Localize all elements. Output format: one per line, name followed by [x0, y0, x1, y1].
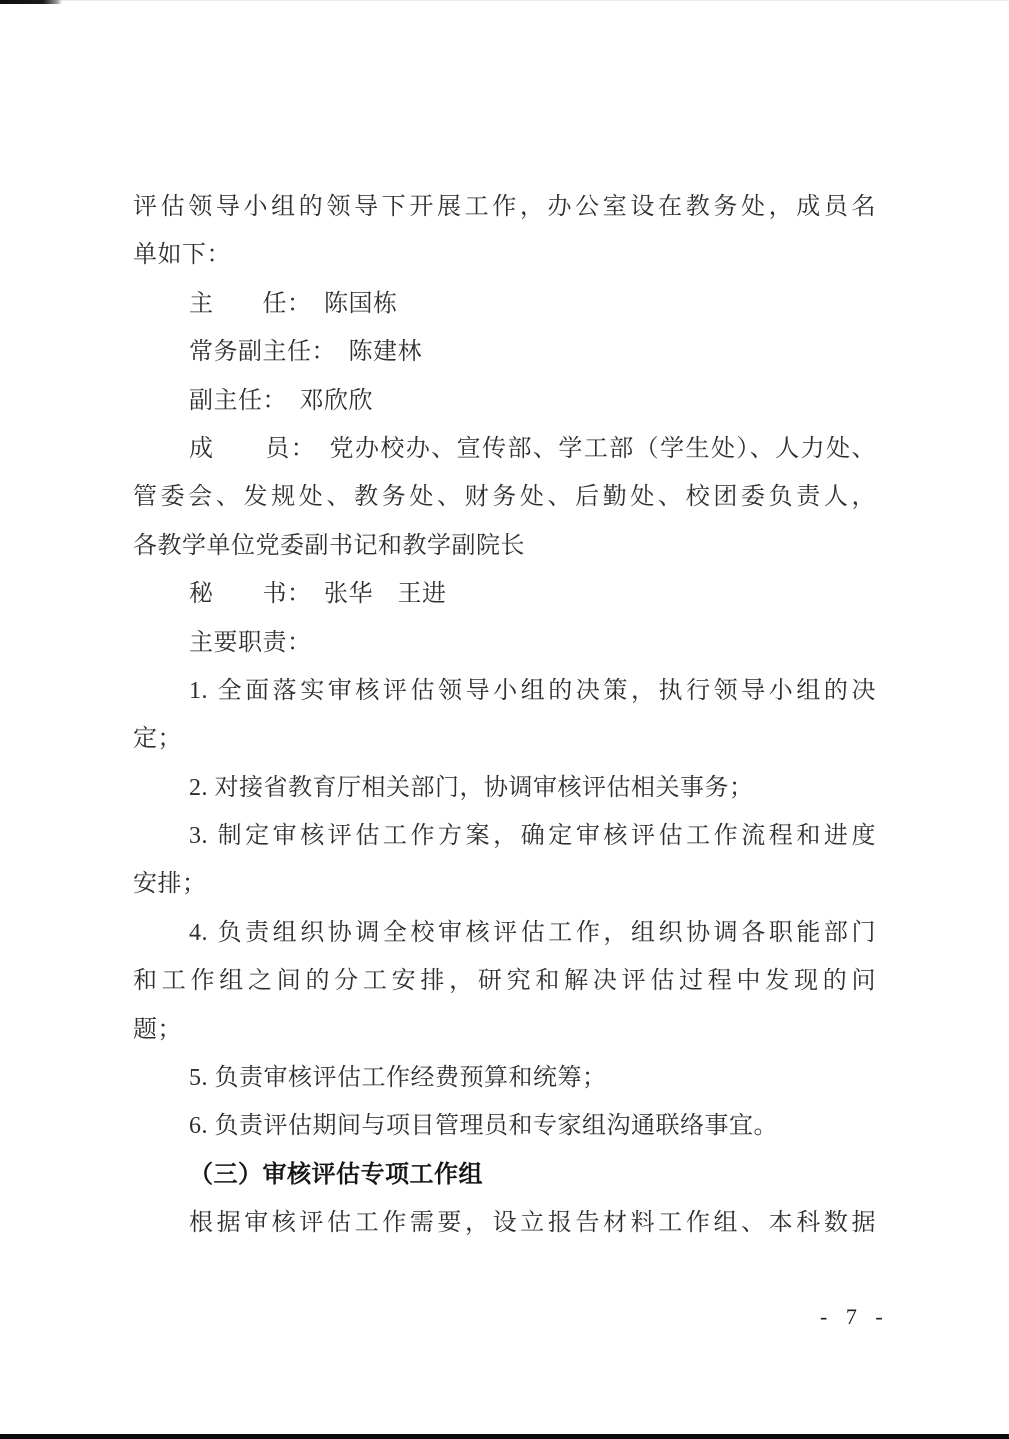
text-line: 单如下： — [133, 231, 876, 279]
document-body: 评估领导小组的领导下开展工作，办公室设在教务处，成员名单如下：主 任： 陈国栋常… — [133, 183, 876, 1248]
text-line: 秘 书： 张华 王进 — [133, 570, 876, 618]
text-line: 6. 负责评估期间与项目管理员和专家组沟通联络事宜。 — [133, 1102, 876, 1150]
page-number: - 7 - — [820, 1302, 885, 1332]
text-line: 各教学单位党委副书记和教学副院长 — [133, 522, 876, 570]
text-line: 根据审核评估工作需要，设立报告材料工作组、本科数据 — [133, 1199, 876, 1247]
scan-top-line — [0, 0, 1009, 1]
text-line: 常务副主任： 陈建林 — [133, 328, 876, 376]
document-page: 评估领导小组的领导下开展工作，办公室设在教务处，成员名单如下：主 任： 陈国栋常… — [0, 0, 1009, 1439]
text-line: 安排； — [133, 860, 876, 908]
text-line: 管委会、发规处、教务处、财务处、后勤处、校团委负责人， — [133, 473, 876, 521]
text-line: 和工作组之间的分工安排，研究和解决评估过程中发现的问 — [133, 957, 876, 1005]
text-line: 题； — [133, 1006, 876, 1054]
text-line: 评估领导小组的领导下开展工作，办公室设在教务处，成员名 — [133, 183, 876, 231]
text-line: 副主任： 邓欣欣 — [133, 377, 876, 425]
text-line: 4. 负责组织协调全校审核评估工作，组织协调各职能部门 — [133, 909, 876, 957]
scan-artifact-bottom-edge — [0, 1434, 1009, 1439]
text-line: 5. 负责审核评估工作经费预算和统筹； — [133, 1054, 876, 1102]
text-line: 定； — [133, 715, 876, 763]
text-line: 主要职责： — [133, 619, 876, 667]
text-line: 2. 对接省教育厅相关部门，协调审核评估相关事务； — [133, 764, 876, 812]
text-line: 成 员： 党办校办、宣传部、学工部（学生处）、人力处、 — [133, 425, 876, 473]
scan-artifact-top-left — [0, 0, 62, 4]
text-line: 主 任： 陈国栋 — [133, 280, 876, 328]
section-heading: （三）审核评估专项工作组 — [133, 1151, 876, 1199]
text-line: 1. 全面落实审核评估领导小组的决策，执行领导小组的决 — [133, 667, 876, 715]
text-line: 3. 制定审核评估工作方案，确定审核评估工作流程和进度 — [133, 812, 876, 860]
